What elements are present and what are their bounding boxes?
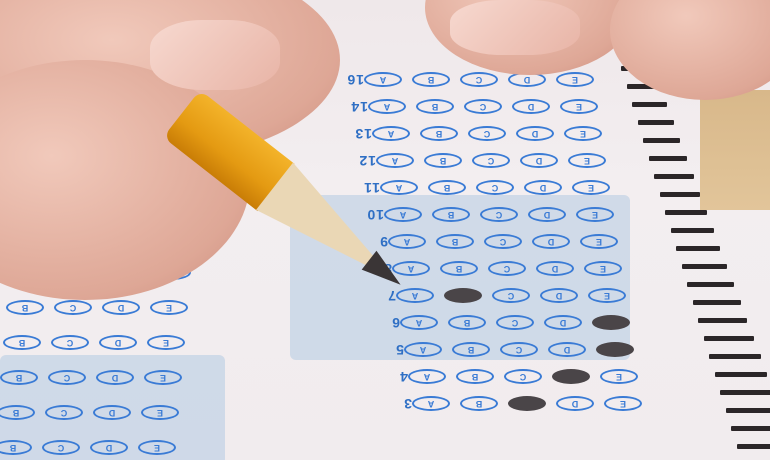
answer-bubble-a[interactable]: A xyxy=(404,343,442,358)
question-row: EDCBA5 xyxy=(370,342,644,358)
answer-bubble-c[interactable]: C xyxy=(48,371,86,386)
timing-mark xyxy=(731,426,770,431)
answer-bubble-e[interactable]: E xyxy=(147,336,185,351)
answer-bubble-b[interactable]: B xyxy=(428,181,466,196)
answer-bubble-b[interactable]: B xyxy=(448,316,486,331)
answer-bubble-a[interactable]: A xyxy=(380,181,418,196)
question-number: 3 xyxy=(378,396,412,412)
answer-bubble-e[interactable]: E xyxy=(568,154,606,169)
timing-mark xyxy=(693,300,741,305)
question-row: EDCBA32 xyxy=(0,300,198,316)
answer-bubble-c[interactable]: C xyxy=(468,127,506,142)
answer-bubble-c[interactable]: C xyxy=(42,441,80,456)
question-row: EDCBA14 xyxy=(334,99,608,115)
answer-bubble-a[interactable]: A xyxy=(384,208,422,223)
answer-bubble-c[interactable]: C xyxy=(45,406,83,421)
question-row: EDCBA13 xyxy=(338,126,612,142)
answer-bubble-d[interactable]: D xyxy=(102,301,140,316)
answer-bubble-c[interactable]: C xyxy=(496,316,534,331)
answer-bubble-c[interactable]: C xyxy=(500,343,538,358)
answer-bubble-d[interactable]: D xyxy=(540,289,578,304)
answer-bubble-e[interactable]: E xyxy=(144,371,182,386)
question-row: EDCBA12 xyxy=(342,153,616,169)
answer-bubble-b[interactable]: B xyxy=(452,343,490,358)
answer-bubble-d[interactable]: D xyxy=(90,441,128,456)
answer-bubble-e[interactable]: E xyxy=(150,301,188,316)
answer-bubble-b[interactable]: B xyxy=(0,441,32,456)
answer-bubble-b[interactable]: B xyxy=(444,289,482,304)
answer-bubble-c[interactable]: C xyxy=(492,289,530,304)
answer-bubble-c[interactable]: C xyxy=(464,100,502,115)
answer-bubble-c[interactable]: C xyxy=(472,154,510,169)
answer-bubble-c[interactable]: C xyxy=(488,262,526,277)
answer-bubble-b[interactable]: B xyxy=(456,370,494,385)
question-row: EDCBA11 xyxy=(346,180,620,196)
answer-bubble-e[interactable]: E xyxy=(572,181,610,196)
answer-bubble-b[interactable]: B xyxy=(412,73,450,88)
answer-bubble-c[interactable]: C xyxy=(484,235,522,250)
answer-bubble-e[interactable]: E xyxy=(600,370,638,385)
timing-mark xyxy=(720,390,770,395)
answer-bubble-c[interactable]: C xyxy=(504,370,542,385)
answer-bubble-b[interactable]: B xyxy=(460,397,498,412)
answer-bubble-e[interactable]: E xyxy=(138,441,176,456)
answer-bubble-a[interactable]: A xyxy=(368,100,406,115)
answer-bubble-d[interactable]: D xyxy=(544,316,582,331)
timing-mark xyxy=(632,102,667,107)
question-number: 5 xyxy=(370,342,404,358)
answer-bubble-d[interactable]: D xyxy=(93,406,131,421)
answer-bubble-c[interactable]: C xyxy=(480,208,518,223)
answer-bubble-a[interactable]: A xyxy=(400,316,438,331)
answer-bubble-d[interactable]: D xyxy=(512,100,550,115)
question-row: EDCBA16 xyxy=(330,72,604,88)
answer-bubble-e[interactable]: E xyxy=(592,316,630,331)
timing-mark xyxy=(676,246,720,251)
answer-bubble-b[interactable]: B xyxy=(420,127,458,142)
answer-bubble-a[interactable]: A xyxy=(364,73,402,88)
answer-bubble-d[interactable]: D xyxy=(524,181,562,196)
answer-bubble-e[interactable]: E xyxy=(564,127,602,142)
question-number: 12 xyxy=(342,153,376,169)
answer-bubble-d[interactable]: D xyxy=(532,235,570,250)
timing-mark xyxy=(643,138,680,143)
answer-bubble-d[interactable]: D xyxy=(99,336,137,351)
answer-bubble-e[interactable]: E xyxy=(560,100,598,115)
answer-bubble-d[interactable]: D xyxy=(536,262,574,277)
timing-mark xyxy=(715,372,768,377)
timing-mark xyxy=(660,192,701,197)
question-row: EDCBA31 xyxy=(0,335,195,351)
answer-bubble-b[interactable]: B xyxy=(432,208,470,223)
timing-mark xyxy=(726,408,770,413)
question-row: EDCBA30 xyxy=(0,370,192,386)
question-row: EDCBA29 xyxy=(0,405,189,421)
timing-mark xyxy=(665,210,707,215)
answer-bubble-d[interactable]: D xyxy=(552,370,590,385)
thumbnail xyxy=(150,20,280,90)
answer-bubble-b[interactable]: B xyxy=(0,371,38,386)
timing-mark xyxy=(698,318,747,323)
question-row: EDCBA3 xyxy=(378,396,652,412)
answer-bubble-e[interactable]: E xyxy=(604,397,642,412)
answer-bubble-e[interactable]: E xyxy=(556,73,594,88)
answer-bubble-d[interactable]: D xyxy=(520,154,558,169)
answer-bubble-d[interactable]: D xyxy=(528,208,566,223)
answer-bubble-b[interactable]: B xyxy=(436,235,474,250)
answer-bubble-e[interactable]: E xyxy=(588,289,626,304)
answer-bubble-c[interactable]: C xyxy=(476,181,514,196)
timing-mark xyxy=(687,282,734,287)
timing-mark xyxy=(638,120,674,125)
answer-bubble-b[interactable]: B xyxy=(6,301,44,316)
answer-bubble-e[interactable]: E xyxy=(576,208,614,223)
question-row: EDCBA6 xyxy=(366,315,640,331)
question-number: 14 xyxy=(334,99,368,115)
answer-bubble-d[interactable]: D xyxy=(96,371,134,386)
answer-bubble-e[interactable]: E xyxy=(141,406,179,421)
answer-bubble-c[interactable]: C xyxy=(54,301,92,316)
answer-bubble-b[interactable]: B xyxy=(424,154,462,169)
answer-bubble-d[interactable]: D xyxy=(516,127,554,142)
answer-bubble-e[interactable]: E xyxy=(580,235,618,250)
answer-bubble-d[interactable]: D xyxy=(548,343,586,358)
answer-bubble-c[interactable]: C xyxy=(51,336,89,351)
answer-bubble-a[interactable]: A xyxy=(372,127,410,142)
timing-mark xyxy=(654,174,694,179)
question-number: 11 xyxy=(346,180,380,196)
answer-bubble-e[interactable]: E xyxy=(584,262,622,277)
answer-bubble-c[interactable]: C xyxy=(508,397,546,412)
timing-mark xyxy=(709,354,761,359)
timing-mark xyxy=(671,228,714,233)
fingernail-top xyxy=(450,0,580,55)
answer-bubble-a[interactable]: A xyxy=(408,370,446,385)
question-row: EDCBA10 xyxy=(350,207,624,223)
question-row: EDCBA4 xyxy=(374,369,648,385)
answer-bubble-d[interactable]: D xyxy=(556,397,594,412)
timing-mark xyxy=(737,444,770,449)
answer-bubble-b[interactable]: B xyxy=(3,336,41,351)
answer-bubble-c[interactable]: C xyxy=(460,73,498,88)
photo-scene: EDCBA16EDCBA14EDCBA13EDCBA12EDCBA11EDCBA… xyxy=(0,0,770,460)
answer-bubble-e[interactable]: E xyxy=(596,343,634,358)
answer-bubble-a[interactable]: A xyxy=(376,154,414,169)
timing-mark xyxy=(649,156,687,161)
answer-bubble-b[interactable]: B xyxy=(0,406,35,421)
timing-mark xyxy=(704,336,754,341)
question-row: EDCBA28 xyxy=(0,440,186,456)
answer-bubble-b[interactable]: B xyxy=(416,100,454,115)
answer-bubble-a[interactable]: A xyxy=(412,397,450,412)
question-number: 13 xyxy=(338,126,372,142)
question-number: 4 xyxy=(374,369,408,385)
answer-bubble-b[interactable]: B xyxy=(440,262,478,277)
timing-mark xyxy=(682,264,728,269)
